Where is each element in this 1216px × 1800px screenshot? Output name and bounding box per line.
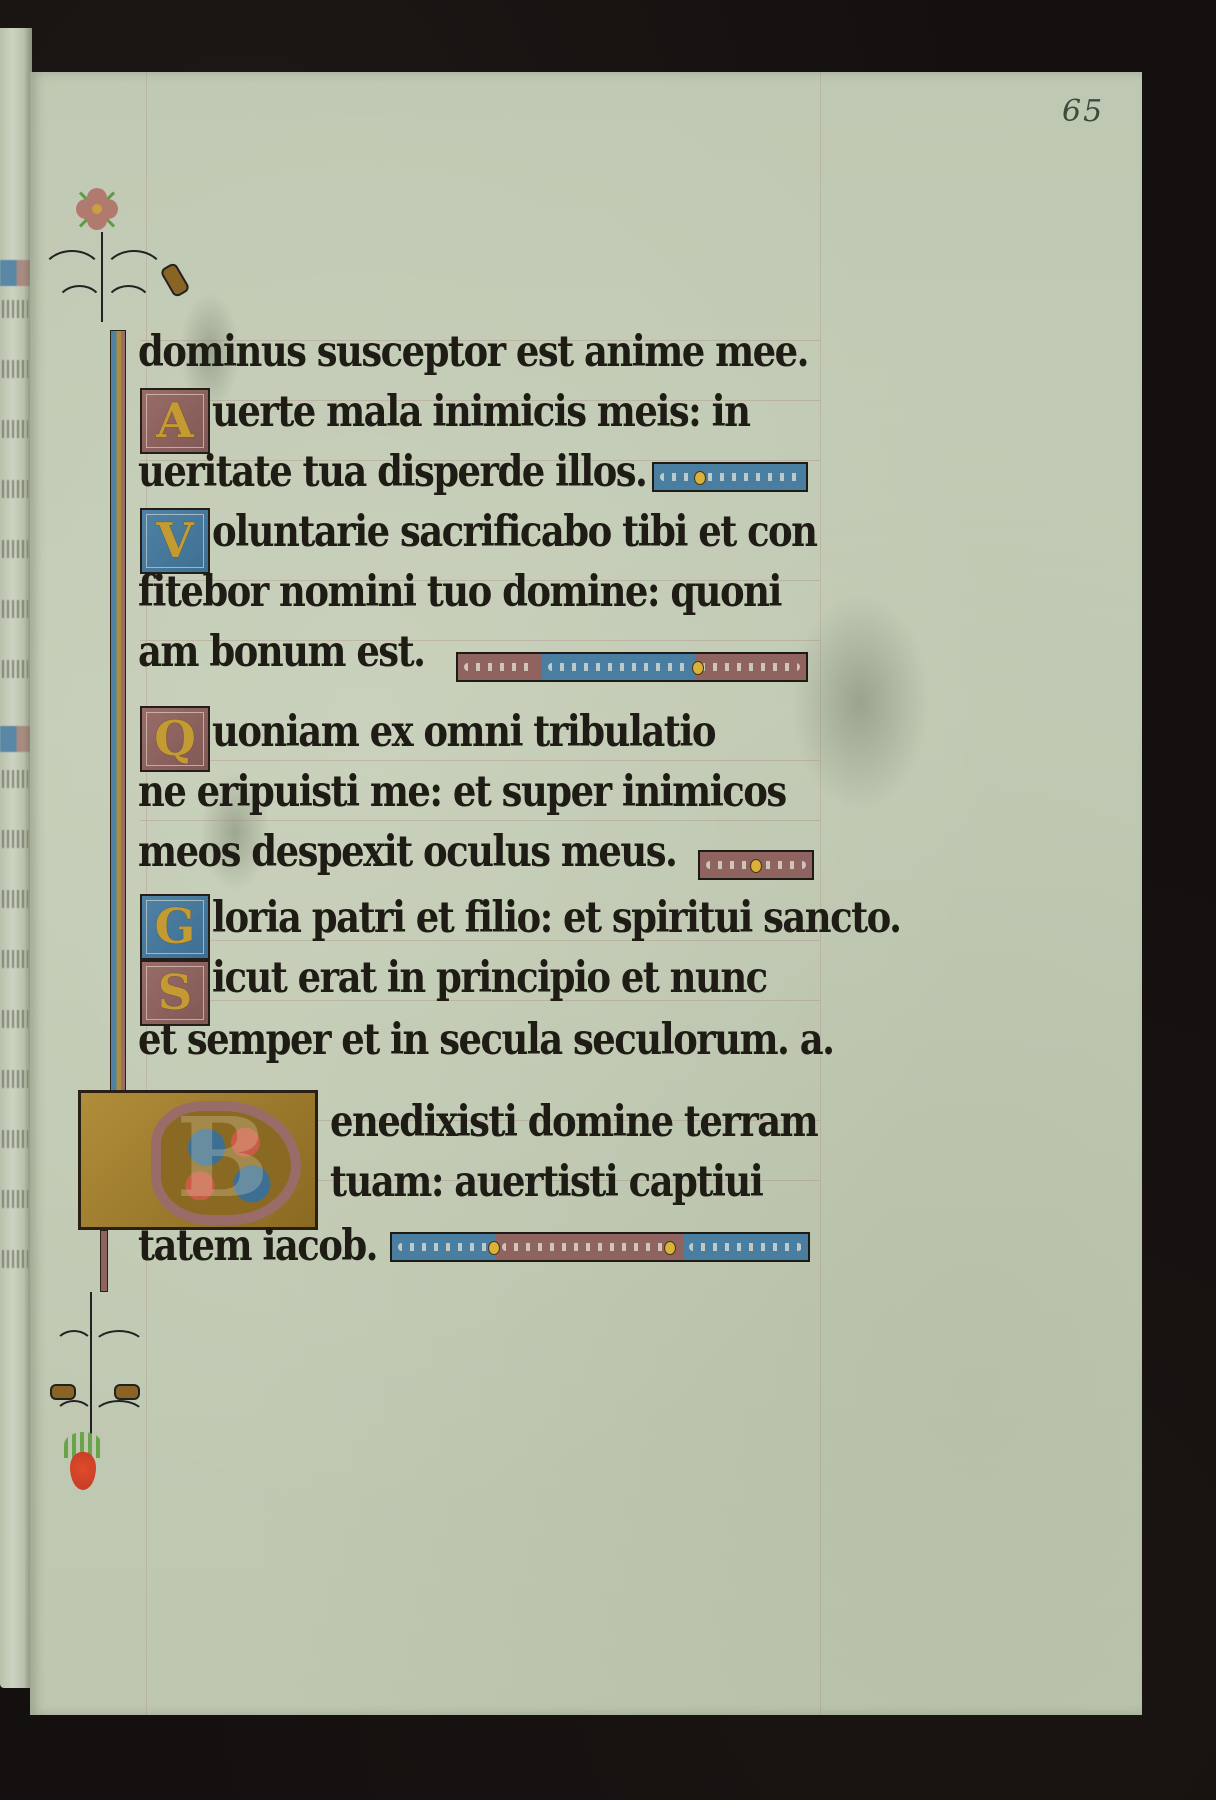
filler-segment [695, 654, 806, 680]
text-line: loria patri et filio: et spiritui sancto… [212, 888, 900, 948]
border-bar-lower [100, 1230, 108, 1292]
gold-dot [692, 661, 704, 675]
border-bar [110, 330, 126, 1102]
gold-dot [750, 859, 762, 873]
filler-segment [458, 654, 542, 680]
rose-flower-icon [76, 188, 118, 230]
gold-bud-icon [50, 1384, 76, 1400]
large-initial-b: B [78, 1090, 318, 1230]
folio-number: 65 [1062, 94, 1104, 129]
text-line: dominus susceptor est anime mee. [138, 322, 808, 382]
vine-tendril [54, 1330, 94, 1364]
text-line: uerte mala inimicis meis: in [212, 382, 749, 442]
line-filler [652, 462, 808, 492]
vine-tendril [54, 1400, 94, 1434]
line-filler [456, 652, 808, 682]
text-line: icut erat in principio et nunc [212, 948, 767, 1008]
gold-dot [694, 471, 706, 485]
text-line: tatem iacob. [138, 1216, 377, 1276]
vine-tendril [92, 1400, 146, 1434]
gold-dot [664, 1241, 676, 1255]
text-line: ueritate tua disperde illos. [138, 442, 646, 502]
text-line: am bonum est. [138, 622, 424, 682]
initial-letter: G [140, 894, 210, 960]
vine-tendril [55, 285, 104, 329]
text-line: et semper et in secula seculorum. a. [138, 1010, 833, 1070]
verso-page-edge [0, 28, 32, 1688]
initial-letter: B [176, 1093, 269, 1222]
gold-bud-icon [114, 1384, 140, 1400]
filler-segment [683, 1234, 808, 1260]
text-line: enedixisti domine terram [330, 1092, 817, 1152]
text-line: oluntarie sacrificabo tibi et con [212, 502, 816, 562]
text-line: fitebor nomini tuo domine: quoni [138, 562, 781, 622]
filler-segment [542, 654, 695, 680]
flower-center [92, 204, 102, 214]
filler-segment [654, 464, 806, 490]
gold-dot [488, 1241, 500, 1255]
line-filler [390, 1232, 810, 1262]
text-line: ne eripuisti me: et super inimicos [138, 762, 786, 822]
filler-segment [496, 1234, 683, 1260]
filler-segment [392, 1234, 496, 1260]
text-line: meos despexit oculus meus. [138, 822, 676, 882]
line-filler [698, 850, 814, 880]
text-line: uoniam ex omni tribulatio [212, 702, 715, 762]
vine-tendril [92, 1330, 146, 1364]
text-line: tuam: auertisti captiui [330, 1152, 762, 1212]
water-stain [790, 592, 930, 812]
